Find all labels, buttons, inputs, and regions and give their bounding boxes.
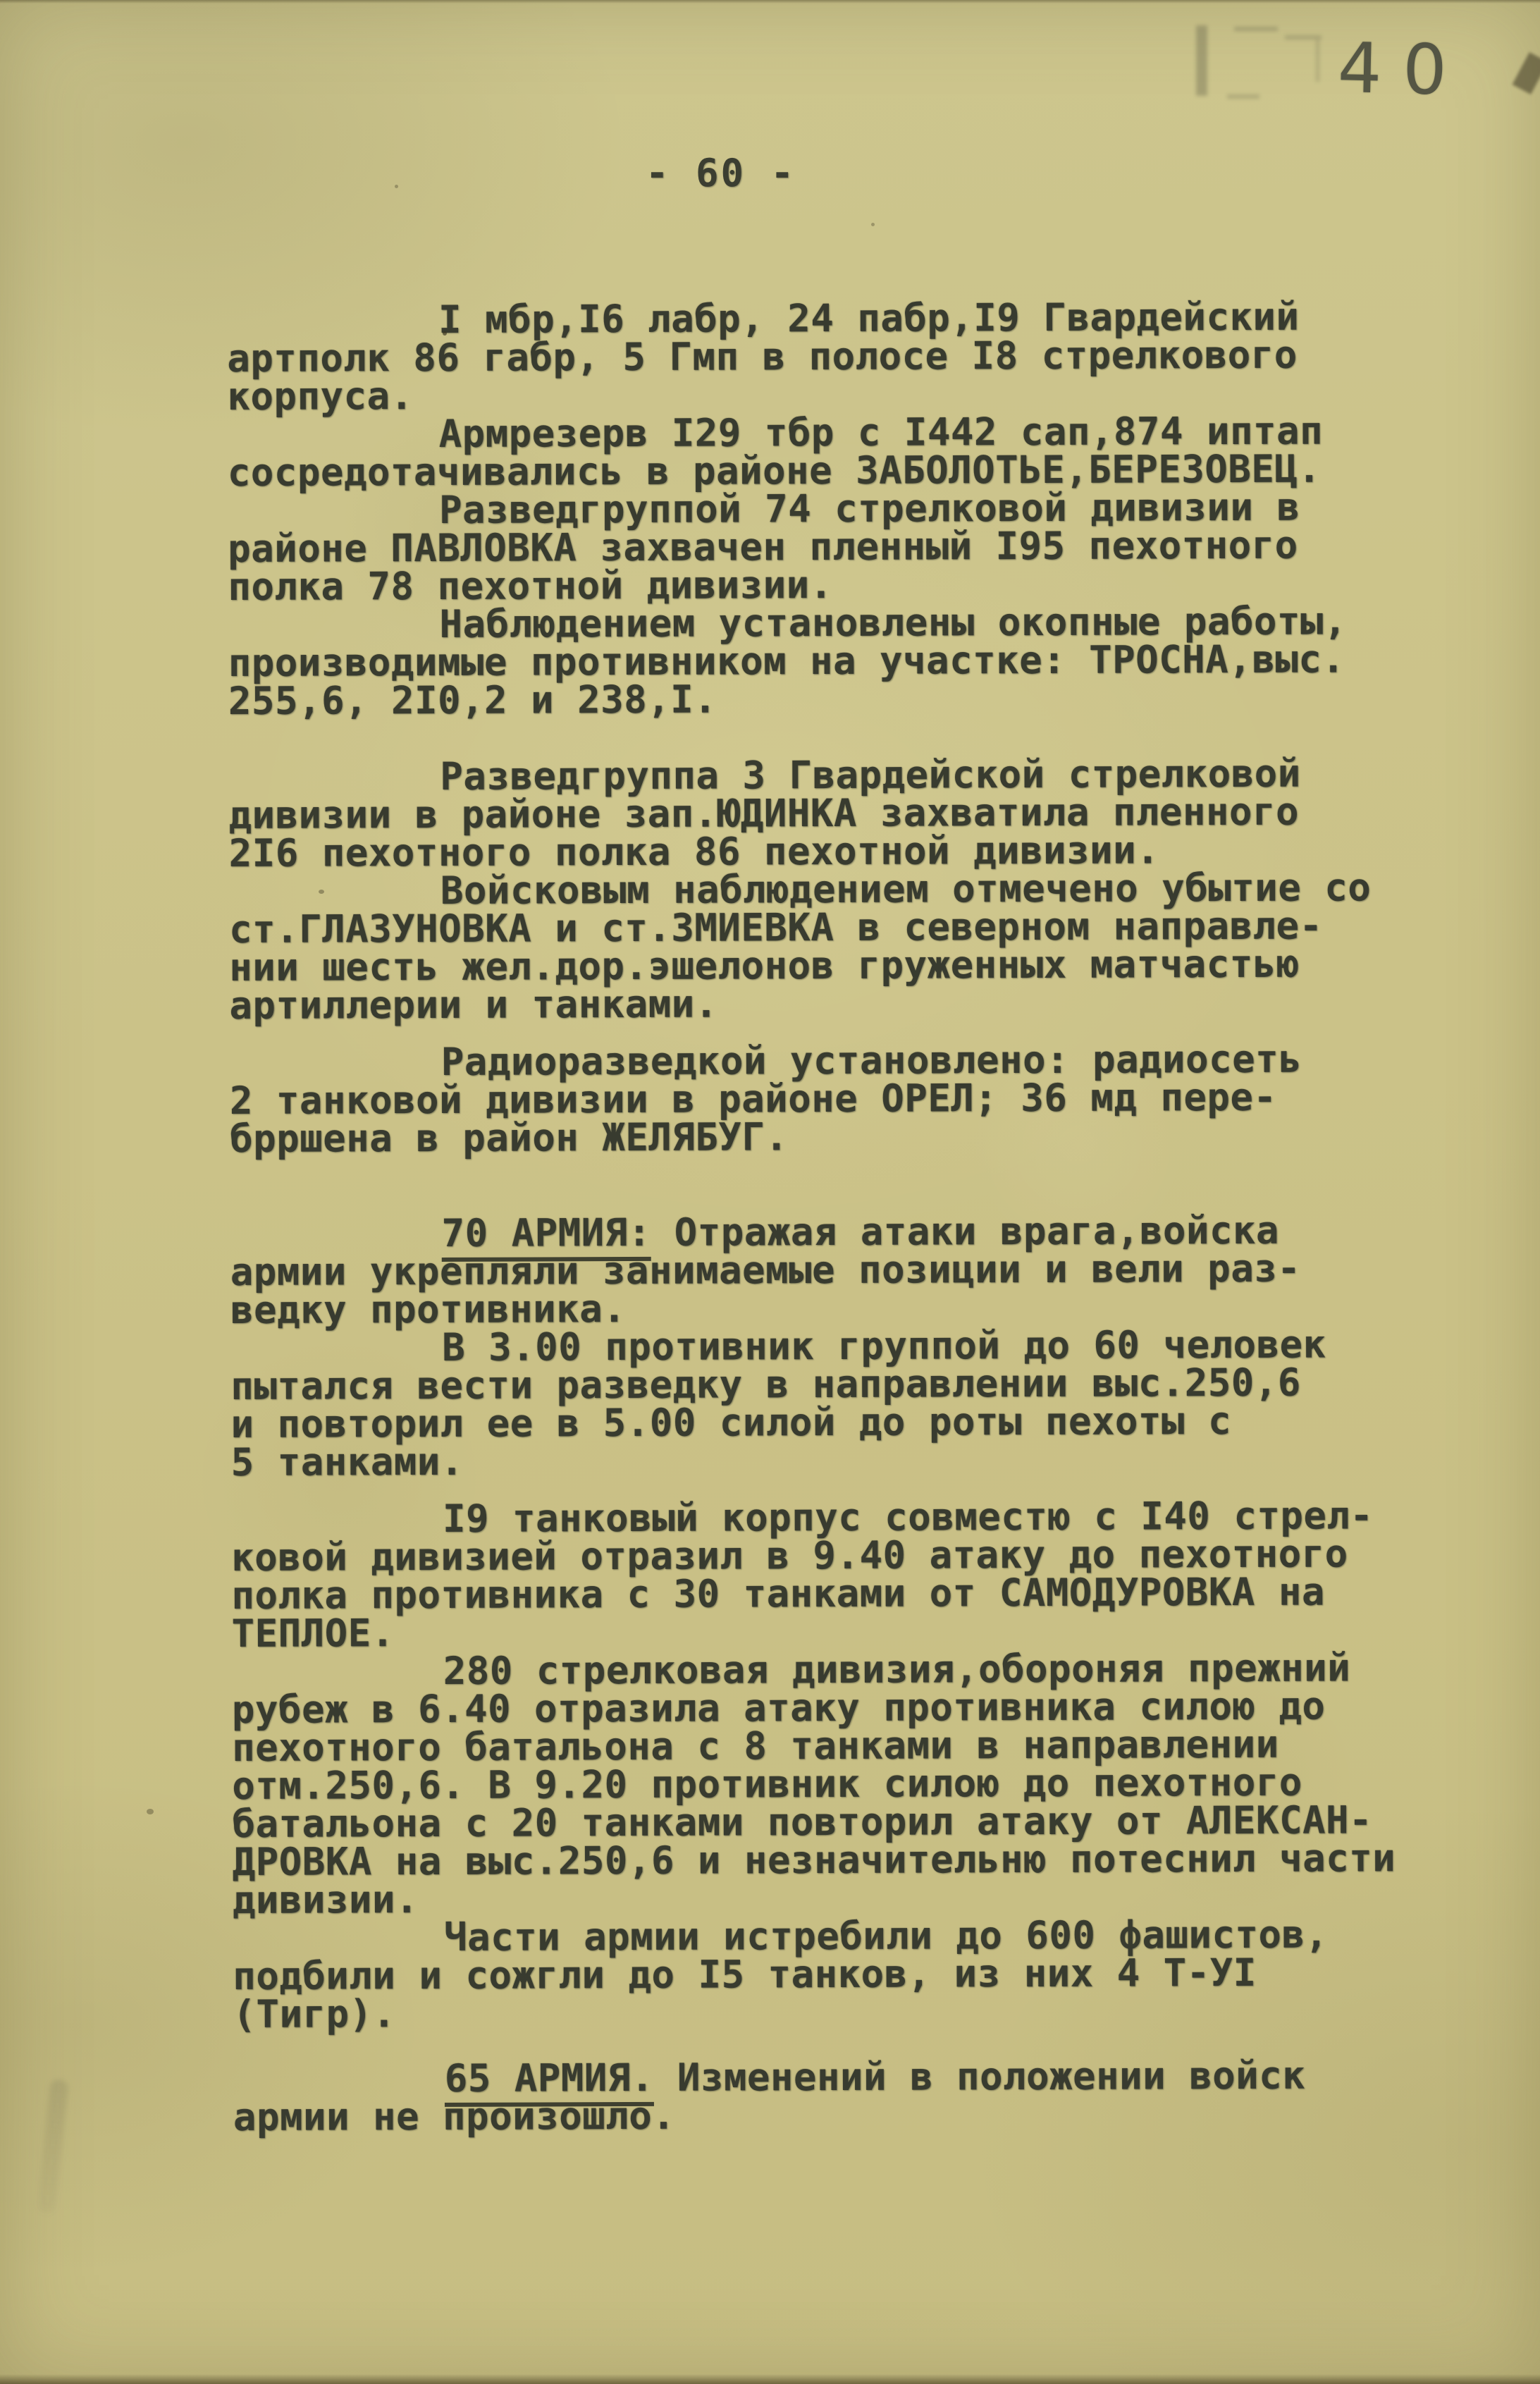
paragraph: Разведгруппа 3 Гвардейской стрелковойдив… [228,754,1470,873]
paragraph: Радиоразведкой установлено: радиосеть2 т… [230,1040,1471,1158]
text-line: ДРОВКА на выс.250,6 и незначительню поте… [233,1839,1473,1881]
paragraph: Наблюдением установлены окопные работы,п… [228,602,1470,720]
handwritten-page-number: 40 [1337,28,1469,111]
text-line: нии шесть жел.дор.эшелонов груженных мат… [229,945,1470,987]
text-line: артиллерии и танками. [229,983,1470,1025]
text-line: 255,6, 2I0,2 и 238,I. [228,678,1469,720]
scan-edge-bottom [0,2374,1540,2384]
text-line: 2 танковой дивизии в районе ОРЕЛ; 36 мд … [230,1078,1470,1120]
text-line: подбили и сожгли до I5 танков, из них 4 … [233,1953,1473,1996]
paragraph: Части армии истребили до 600 фашистов,по… [233,1915,1474,2034]
text-line: армии не произошло. [233,2094,1474,2137]
text-line: полка противника с 30 танками от САМОДУР… [231,1573,1472,1615]
document-text: I мбр,I6 лабр, 24 пабр,I9 Гвардейскийарт… [227,297,1474,2137]
faint-stamp-mark [1166,16,1357,111]
paragraph: В 3.00 противник группой до 60 человекпы… [230,1325,1472,1482]
paragraph: I мбр,I6 лабр, 24 пабр,I9 Гвардейскийарт… [227,297,1468,416]
scan-edge-top [0,0,1540,4]
text-line: артполк 86 габр, 5 Гмп в полосе I8 стрел… [227,336,1467,378]
paper-speck [443,331,447,336]
text-line: районе ПАВЛОВКА захвачен пленный I95 пех… [228,526,1468,568]
text-line: армии укрепляли занимаемые позиции и вел… [230,1249,1471,1291]
paragraph: Войсковым наблюдением отмечено убытие со… [229,868,1470,1025]
text-line: 5 танками. [231,1439,1472,1482]
text-line: брршена в район ЖЕЛЯБУГ. [230,1116,1470,1158]
text-line: 65 АРМИЯ. Изменений в положении войск [233,2056,1474,2099]
paragraph: Армрезерв I29 тбр с I442 сап,874 иптапсо… [228,412,1468,492]
paper-speck [243,843,247,847]
paper-speck [395,185,398,188]
paper-speck [871,223,875,226]
paragraph: 70 АРМИЯ: Отражая атаки врага,войскаарми… [230,1211,1472,1329]
document-page: 40 - 60 - I мбр,I6 лабр, 24 пабр,I9 Гвар… [0,0,1540,2384]
text-line: и повторил ее в 5.00 силой до роты пехот… [230,1401,1471,1444]
typed-page-number: - 60 - [646,151,796,195]
paragraph: 280 стрелковая дивизия,обороняя прежнийр… [232,1649,1473,1919]
paragraph: Разведгруппой 74 стрелковой дивизии врай… [228,488,1469,606]
text-line: производимые противником на участке: ТРО… [228,640,1469,682]
paragraph: I9 танковый корпус совместю с I40 стрел-… [231,1497,1472,1653]
paper-speck [319,890,324,894]
paper-speck [147,1809,154,1814]
paragraph: 65 АРМИЯ. Изменений в положении войскарм… [233,2056,1474,2137]
